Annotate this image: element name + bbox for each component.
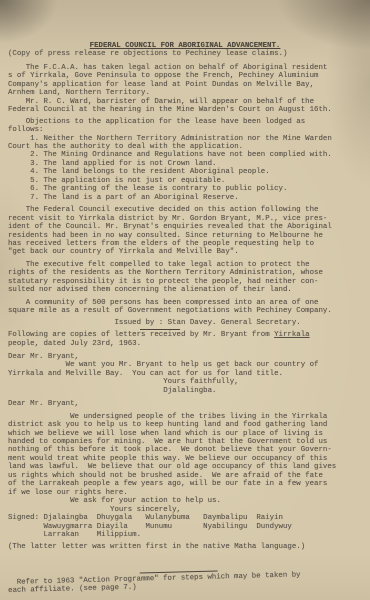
document-subtitle: (Copy of press release re objections to … bbox=[8, 50, 362, 58]
text-line: statutary responsibility it is to protec… bbox=[8, 278, 362, 286]
text-line: recent visit to Yirrkala district by Mr.… bbox=[8, 215, 362, 223]
letters-intro-prefix: Following are copies of letters received… bbox=[8, 331, 274, 339]
text-line: 2. The Mining Ordinance and Regulations … bbox=[8, 151, 362, 159]
text-line: 5. The application is not just or equita… bbox=[8, 177, 362, 185]
text-line: Company's application for lease land at … bbox=[8, 81, 362, 89]
letter-2: Dear Mr. Bryant, We undersigned people o… bbox=[8, 400, 362, 539]
text-line: nothing of this before it took place. We… bbox=[8, 446, 362, 454]
text-line: Arnhem Land, Northern Territory. bbox=[8, 89, 362, 97]
legal-action-paragraph: The executive felt compelled to take leg… bbox=[8, 261, 362, 295]
text-line: sulted nor advised them concerning the a… bbox=[8, 286, 362, 294]
text-line: ident of the Council. Mr. Brynat's enqui… bbox=[8, 223, 362, 231]
text-line: Mr. R. C. Ward, barrister of Darwin, wil… bbox=[8, 98, 362, 106]
letter2-body: We undersigned people of the tribes livi… bbox=[8, 413, 362, 498]
text-line: The Federal Council executive decided on… bbox=[8, 206, 362, 214]
letter2-signatories: Signed: Djalaingba Dhuygala Wulanybuma D… bbox=[8, 514, 362, 539]
text-line: square mile as a result of Government ne… bbox=[8, 307, 362, 315]
section-divider bbox=[140, 329, 180, 330]
letter-1: Dear Mr. Bryant, We want you Mr. Bryant … bbox=[8, 353, 362, 395]
text-line: if we lose our rights here. bbox=[8, 489, 362, 497]
issued-by-line: Issued by : Stan Davey. General Secretar… bbox=[8, 319, 362, 327]
text-line: Larrakan Milippium. bbox=[8, 531, 362, 539]
letters-intro-line-1: Following are copies of letters received… bbox=[8, 331, 362, 339]
letter2-greeting: Dear Mr. Bryant, bbox=[8, 400, 362, 408]
postscript-note: (The latter letter was written first in … bbox=[8, 543, 362, 551]
text-line: We want you Mr. Bryant to help us get ba… bbox=[8, 361, 362, 369]
executive-decision-paragraph: The Federal Council executive decided on… bbox=[8, 206, 362, 257]
text-line: Wawuygmarra Diayila Munumu Nyabilingu Du… bbox=[8, 523, 362, 531]
text-line: residents had been in no way consulted. … bbox=[8, 232, 362, 240]
letter1-body: We want you Mr. Bryant to help us get ba… bbox=[8, 361, 362, 378]
letters-intro: Following are copies of letters received… bbox=[8, 331, 362, 348]
text-line: We undersigned people of the tribes livi… bbox=[8, 413, 362, 421]
letter2-closing: Yours sincerely, bbox=[8, 506, 362, 514]
text-line: which we believe we will lose when land … bbox=[8, 430, 362, 438]
text-line: land was lawful. We believe that our old… bbox=[8, 463, 362, 471]
objections-intro: Objections to the application for the le… bbox=[8, 118, 362, 135]
intro-paragraph: The F.C.A.A. has taken legal action on b… bbox=[8, 64, 362, 115]
text-line: district ask you to help us to keep hunt… bbox=[8, 421, 362, 429]
letters-intro-line-2: people, dated July 23rd, 1963. bbox=[8, 340, 362, 348]
text-line: s of Yirrkala, Gove Peninsula to oppose … bbox=[8, 72, 362, 80]
underlined-word: Yirrkala bbox=[274, 331, 309, 339]
footer-text: Refer to 1963 "Action Programme" for ste… bbox=[8, 570, 362, 596]
text-line: Signed: Djalaingba Dhuygala Wulanybuma D… bbox=[8, 514, 362, 522]
text-line: A community of 500 persons has been comp… bbox=[8, 299, 362, 307]
letter2-request: We ask for your action to help us. bbox=[8, 497, 362, 505]
text-line: 7. The land is a part of an Aboriginal R… bbox=[8, 194, 362, 202]
scanned-document-page: FEDERAL COUNCIL FOR ABORIGINAL ADVANCEME… bbox=[0, 0, 370, 600]
text-line: "get back our country of Yirrkala and Me… bbox=[8, 248, 362, 256]
community-paragraph: A community of 500 persons has been comp… bbox=[8, 299, 362, 316]
text-line: 4. The land belongs to the resident Abor… bbox=[8, 168, 362, 176]
text-line: rights of the residents as the Northern … bbox=[8, 269, 362, 277]
text-line: 1. Neither the Northern Territory Admini… bbox=[8, 135, 362, 143]
text-line: follows: bbox=[8, 126, 362, 134]
document-body: FEDERAL COUNCIL FOR ABORIGINAL ADVANCEME… bbox=[0, 0, 370, 596]
text-line: of the Larrakeah people a few years ago,… bbox=[8, 480, 362, 488]
text-line: Objections to the application for the le… bbox=[8, 118, 362, 126]
letter1-signature: Djalalingba. bbox=[8, 387, 362, 395]
text-line: 6. The granting of the lease is contrary… bbox=[8, 185, 362, 193]
text-line: Federal Council at the hearing in the Mi… bbox=[8, 106, 362, 114]
letter1-closing: Yours faithfully, bbox=[8, 378, 362, 386]
footer-note: Refer to 1963 "Action Programme" for ste… bbox=[8, 567, 362, 596]
objections-list: 1. Neither the Northern Territory Admini… bbox=[8, 135, 362, 203]
